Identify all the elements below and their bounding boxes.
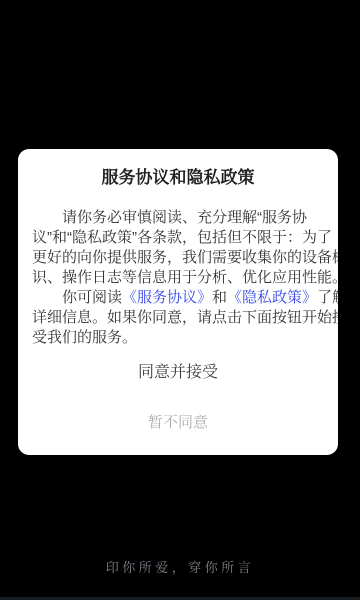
body-text: 请你务必审慎阅读、充分理解“服务协 bbox=[62, 209, 307, 226]
body-text: 你可阅读 bbox=[62, 289, 122, 306]
body-line: 详细信息。如果你同意，请点击下面按钮开始接 bbox=[32, 308, 324, 328]
body-line: 你可阅读《服务协议》和《隐私政策》了解 bbox=[32, 288, 324, 308]
body-line: 更好的向你提供服务，我们需要收集你的设备标 bbox=[32, 248, 324, 268]
body-line: 议”和“隐私政策”各条款，包括但不限于：为了 bbox=[32, 228, 324, 248]
body-text: 详细信息。如果你同意，请点击下面按钮开始接 bbox=[32, 309, 338, 326]
service-agreement-link[interactable]: 《服务协议》 bbox=[122, 289, 212, 306]
body-text: 更好的向你提供服务，我们需要收集你的设备标 bbox=[32, 249, 338, 266]
body-text: 了解 bbox=[317, 289, 338, 306]
body-line: 请你务必审慎阅读、充分理解“服务协 bbox=[32, 208, 324, 228]
splash-screen: 服务协议和隐私政策 请你务必审慎阅读、充分理解“服务协议”和“隐私政策”各条款，… bbox=[0, 0, 360, 600]
privacy-consent-dialog: 服务协议和隐私政策 请你务必审慎阅读、充分理解“服务协议”和“隐私政策”各条款，… bbox=[18, 149, 338, 455]
decline-button[interactable]: 暂不同意 bbox=[32, 414, 324, 431]
body-text: 议”和“隐私政策”各条款，包括但不限于：为了 bbox=[32, 229, 332, 246]
body-line: 识、操作日志等信息用于分析、优化应用性能。 bbox=[32, 268, 324, 288]
body-text: 和 bbox=[212, 289, 227, 306]
body-line: 受我们的服务。 bbox=[32, 328, 324, 348]
body-text: 识、操作日志等信息用于分析、优化应用性能。 bbox=[32, 269, 338, 286]
agree-button[interactable]: 同意并接受 bbox=[32, 364, 324, 382]
dialog-title: 服务协议和隐私政策 bbox=[32, 168, 324, 188]
brand-slogan: 印你所爱，穿你所言 bbox=[0, 559, 360, 576]
dialog-body: 请你务必审慎阅读、充分理解“服务协议”和“隐私政策”各条款，包括但不限于：为了更… bbox=[32, 208, 324, 348]
privacy-policy-link[interactable]: 《隐私政策》 bbox=[227, 289, 317, 306]
body-text: 受我们的服务。 bbox=[32, 329, 137, 346]
